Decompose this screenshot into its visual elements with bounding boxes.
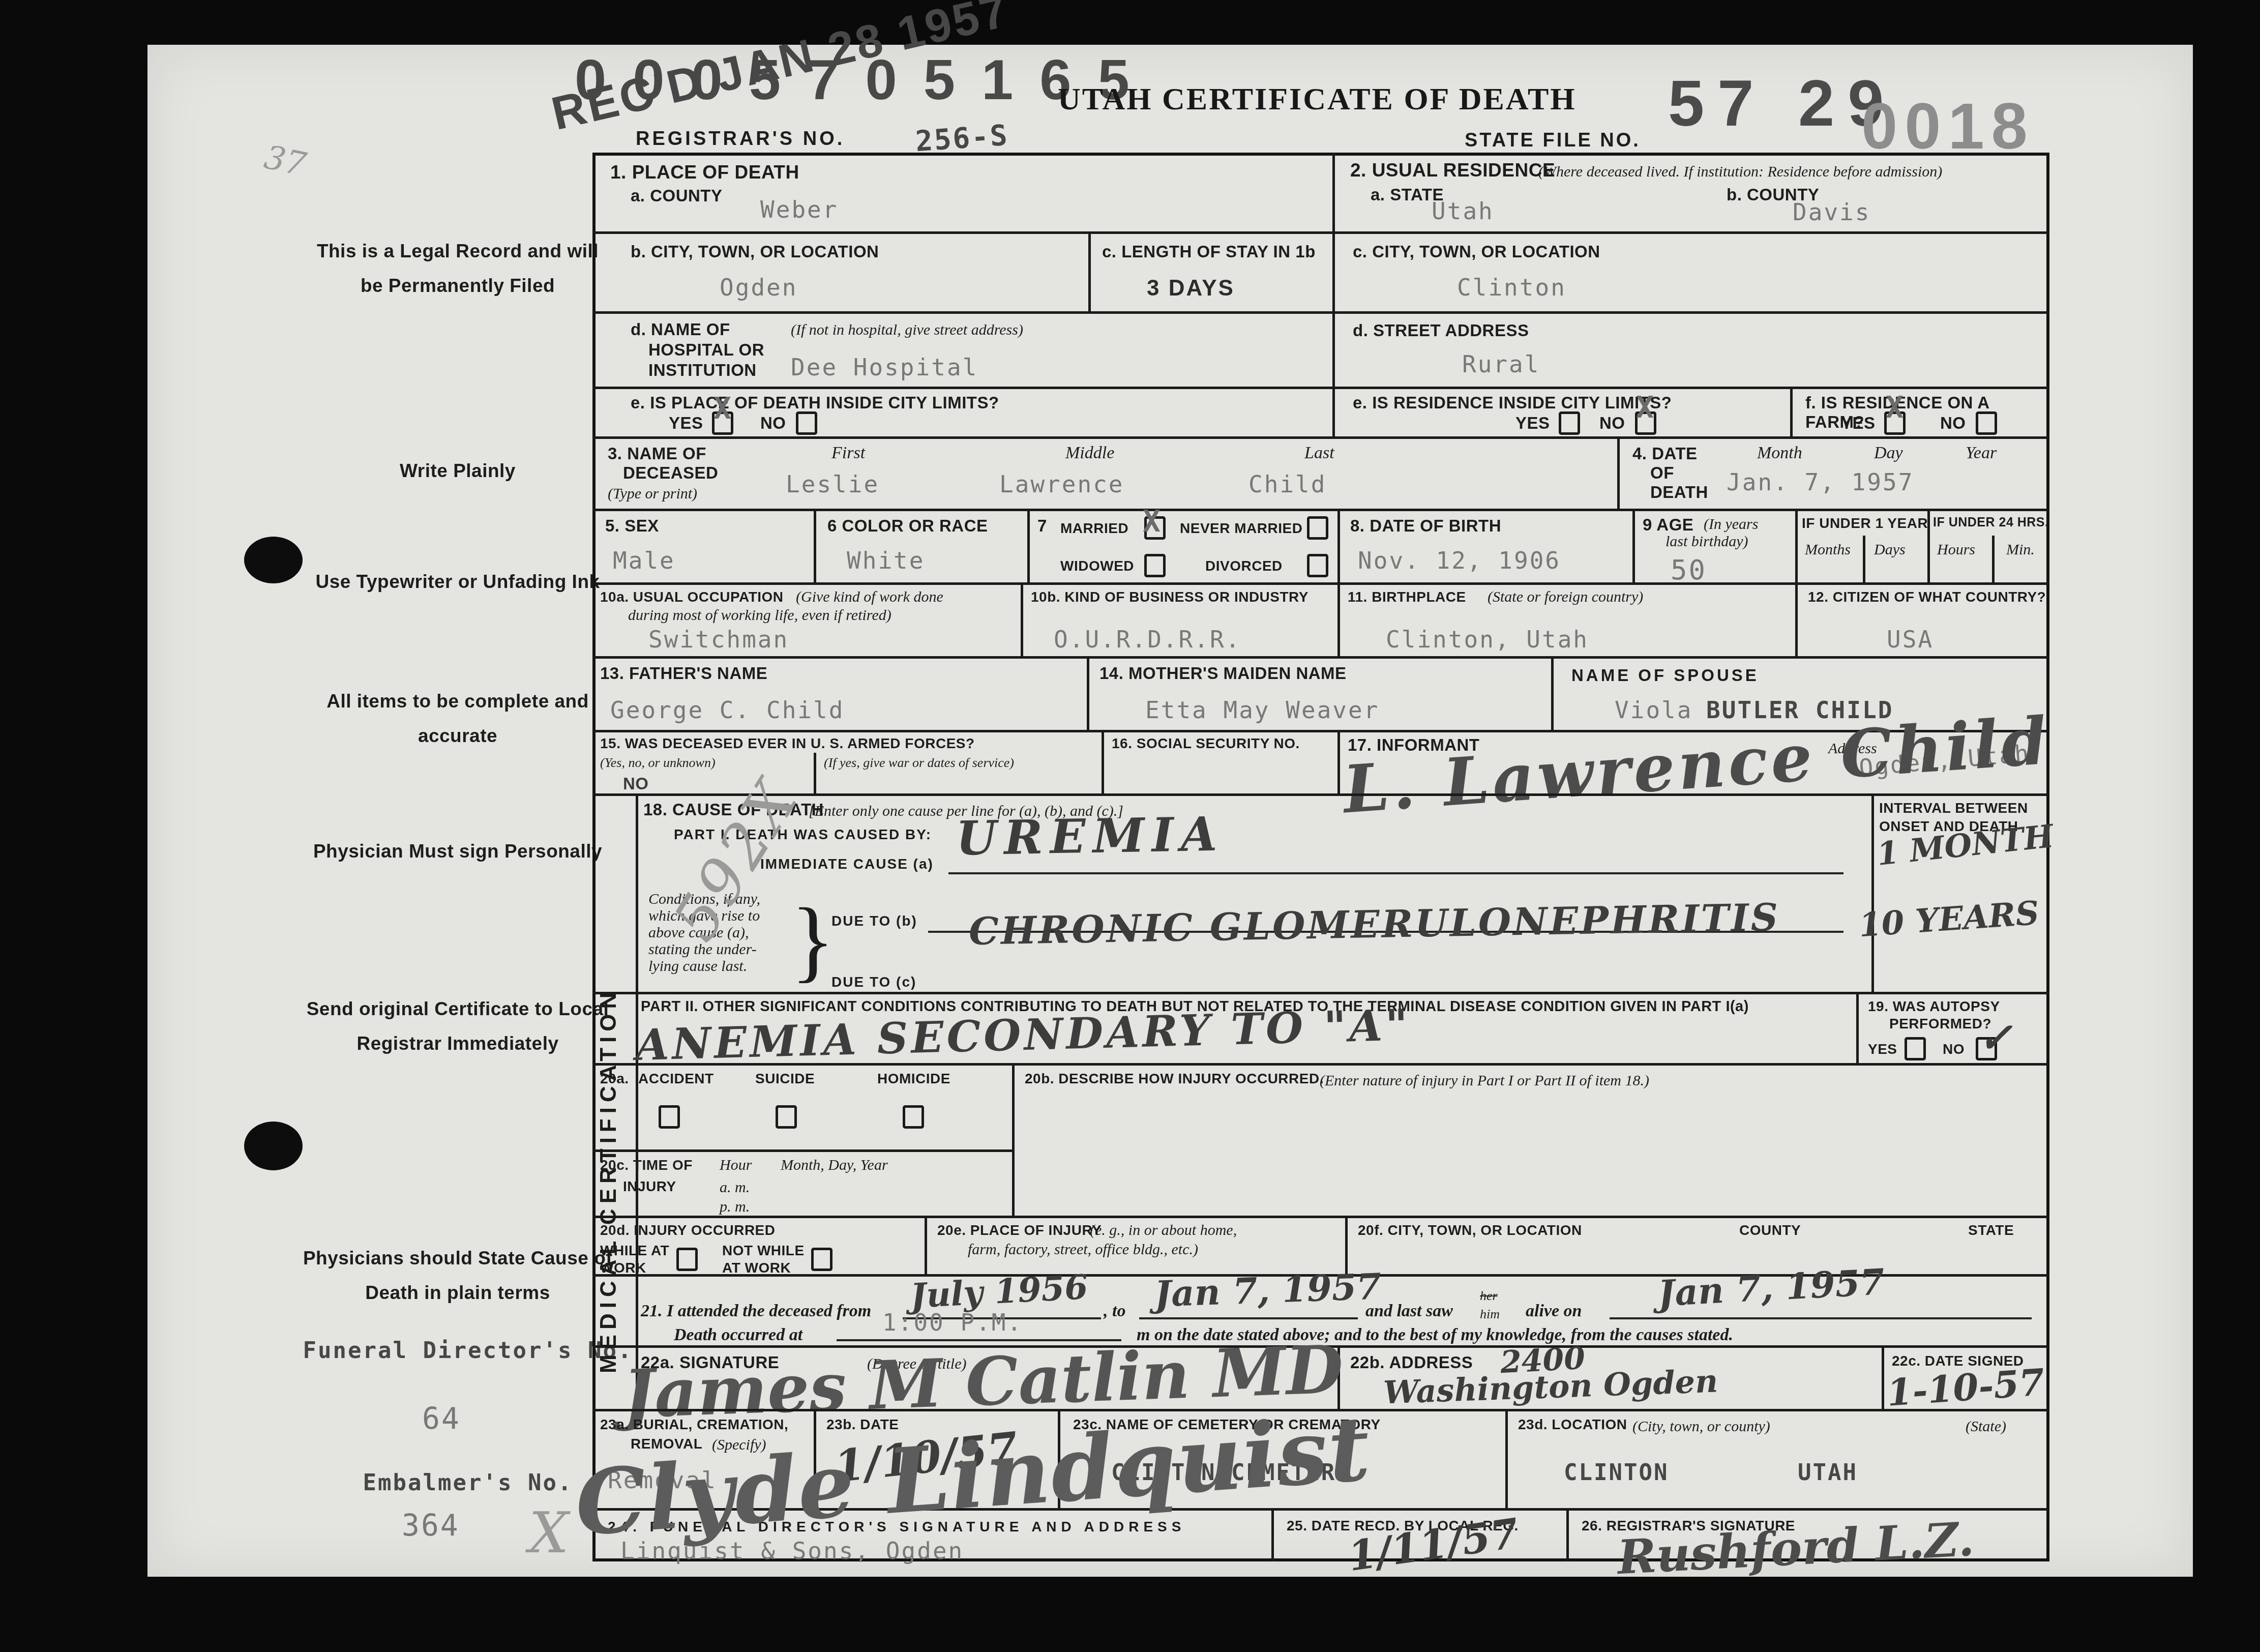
s11-label: 11. BIRTHPLACE bbox=[1348, 589, 1466, 605]
cell-1c: c. LENGTH OF STAY IN 1b 3 DAYS bbox=[1088, 231, 1332, 311]
conditions-brace: } bbox=[791, 888, 835, 993]
s7-never-married-checkbox bbox=[1307, 516, 1328, 540]
s3-hint: (Type or print) bbox=[608, 485, 697, 503]
s9-hint-2: last birthday) bbox=[1666, 533, 1748, 551]
margin-all-items-note: All items to be complete and accurate bbox=[305, 684, 610, 754]
s9-hours-label: Hours bbox=[1937, 541, 1975, 559]
s2f-no-checkbox bbox=[1976, 411, 1997, 435]
s7-widowed-checkbox bbox=[1144, 554, 1166, 577]
s20d-not-label-1: NOT WHILE bbox=[722, 1243, 805, 1259]
s18-due-c-label: DUE TO (c) bbox=[831, 974, 916, 990]
s3-last-label: Last bbox=[1304, 443, 1334, 464]
s20a-accident-label: ACCIDENT bbox=[638, 1071, 714, 1087]
s19-yes-label: YES bbox=[1868, 1041, 1897, 1057]
s20d-not-checkbox bbox=[811, 1248, 832, 1271]
cell-16: 16. SOCIAL SECURITY NO. bbox=[1102, 730, 1337, 793]
cell-13: 13. FATHER'S NAME George C. Child bbox=[592, 656, 1087, 730]
s2f-no-label: NO bbox=[1940, 414, 1966, 433]
cell-3: 3. NAME OF DECEASED (Type or print) Firs… bbox=[592, 436, 1617, 509]
s1b-label: b. CITY, TOWN, OR LOCATION bbox=[631, 242, 879, 261]
s10b-label: 10b. KIND OF BUSINESS OR INDUSTRY bbox=[1031, 589, 1309, 605]
cell-20a: 20a. ACCIDENT SUICIDE HOMICIDE bbox=[592, 1063, 1012, 1149]
cell-2f: f. IS RESIDENCE ON A FARM? YES X NO bbox=[1790, 387, 2049, 436]
s18-immediate-cause-label: IMMEDIATE CAUSE (a) bbox=[760, 856, 934, 872]
margin-use-typewriter-note: Use Typewriter or Unfading Ink bbox=[285, 565, 631, 599]
cell-15: 15. WAS DECEASED EVER IN U. S. ARMED FOR… bbox=[592, 730, 1102, 793]
s10a-hint-2: during most of working life, even if ret… bbox=[628, 606, 891, 625]
s2e-label: e. IS RESIDENCE INSIDE CITY LIMITS? bbox=[1353, 393, 1672, 412]
s3-middle-label: Middle bbox=[1065, 443, 1114, 464]
s2d-label: d. STREET ADDRESS bbox=[1353, 321, 1529, 340]
cell-20f: 20f. CITY, TOWN, OR LOCATION COUNTY STAT… bbox=[1345, 1216, 2049, 1274]
cell-5: 5. SEX Male bbox=[592, 509, 814, 582]
s20c-hour-label: Hour bbox=[720, 1156, 752, 1174]
s1a-value: Weber bbox=[760, 196, 838, 223]
s2c-value: Clinton bbox=[1457, 274, 1566, 301]
s23d-state-value: UTAH bbox=[1798, 1460, 1858, 1486]
s20a-accident-checkbox bbox=[659, 1105, 680, 1129]
cell-7: 7 MARRIED X NEVER MARRIED WIDOWED DIVORC… bbox=[1027, 509, 1337, 582]
s4-label-2: OF bbox=[1650, 463, 1674, 483]
cell-10a: 10a. USUAL OCCUPATION (Give kind of work… bbox=[592, 582, 1021, 656]
cell-20b: 20b. DESCRIBE HOW INJURY OCCURRED. (Ente… bbox=[1012, 1063, 2049, 1216]
s3-title-1: 3. NAME OF bbox=[608, 444, 706, 463]
s2d-value: Rural bbox=[1462, 350, 1540, 378]
s6-label: 6 COLOR OR RACE bbox=[827, 516, 988, 536]
s20c-label-2: INJURY bbox=[623, 1178, 676, 1195]
s2b-value: Davis bbox=[1793, 198, 1870, 226]
state-file-no-label: STATE FILE NO. bbox=[1465, 130, 1641, 152]
s4-label-3: DEATH bbox=[1650, 483, 1708, 502]
s4-label-1: 4. DATE bbox=[1632, 444, 1698, 463]
s1d-value: Dee Hospital bbox=[791, 353, 978, 381]
s20c-mdy-label: Month, Day, Year bbox=[781, 1156, 888, 1174]
s1b-value: Ogden bbox=[720, 274, 797, 301]
s6-value: White bbox=[847, 547, 925, 574]
scanned-death-certificate: 0005705165 REC'D JAN 28 1957 REGISTRAR'S… bbox=[0, 0, 2260, 1652]
s20e-hint-2: farm, factory, street, office bldg., etc… bbox=[968, 1241, 1198, 1259]
s13-value: George C. Child bbox=[610, 696, 844, 724]
s5-label: 5. SEX bbox=[605, 516, 659, 536]
under1-divider bbox=[1863, 536, 1865, 582]
s20f-label: 20f. CITY, TOWN, OR LOCATION bbox=[1358, 1222, 1582, 1238]
s19-label-1: 19. WAS AUTOPSY bbox=[1868, 998, 2000, 1015]
cell-23d: 23d. LOCATION (City, town, or county) (S… bbox=[1505, 1409, 2049, 1508]
cell-2ab: 2. USUAL RESIDENCE (Where deceased lived… bbox=[1332, 153, 2049, 231]
margin-physician-sign-note: Physician Must sign Personally bbox=[305, 834, 610, 869]
s12-label: 12. CITIZEN OF WHAT COUNTRY? bbox=[1808, 589, 2046, 605]
cell-20e: 20e. PLACE OF INJURY (e. g., in or about… bbox=[925, 1216, 1345, 1274]
s1e-label: e. IS PLACE OF DEATH INSIDE CITY LIMITS? bbox=[631, 393, 999, 412]
spouse-label: NAME OF SPOUSE bbox=[1571, 666, 1759, 685]
s23d-city-value: CLINTON bbox=[1564, 1460, 1669, 1486]
s20c-am-label: a. m. bbox=[720, 1178, 750, 1197]
s2e-yes-label: YES bbox=[1515, 414, 1550, 433]
s2a-value: Utah bbox=[1432, 197, 1494, 225]
s20f-state-label: STATE bbox=[1968, 1222, 2014, 1238]
s7-married-mark: X bbox=[1143, 504, 1161, 539]
cell-9: 9 AGE (In years last birthday) 50 bbox=[1632, 509, 1795, 582]
s22b-label: 22b. ADDRESS bbox=[1350, 1353, 1473, 1372]
s20d-while-label-1: WHILE AT bbox=[600, 1243, 669, 1259]
s15-value: NO bbox=[623, 774, 649, 793]
margin-plain-terms-note: Physicians should State Cause of Death i… bbox=[275, 1241, 641, 1311]
s1d-label-3: INSTITUTION bbox=[648, 361, 757, 380]
s15-divider bbox=[814, 753, 816, 796]
s2e-no-label: NO bbox=[1599, 414, 1625, 433]
s9-days-label: Days bbox=[1874, 541, 1906, 559]
s9-under24-label: IF UNDER 24 HRS. bbox=[1933, 515, 2048, 530]
under24-divider bbox=[1992, 536, 1995, 582]
s10a-hint-1: (Give kind of work done bbox=[796, 588, 943, 606]
s10b-value: O.U.R.D.R.R. bbox=[1054, 626, 1241, 653]
registrar-no-label: REGISTRAR'S NO. bbox=[636, 128, 845, 151]
s20a-num: 20a. bbox=[600, 1071, 629, 1087]
s18-due-b-label: DUE TO (b) bbox=[831, 913, 917, 929]
s7-married-label: MARRIED bbox=[1060, 520, 1128, 537]
s2c-label: c. CITY, TOWN, OR LOCATION bbox=[1353, 242, 1600, 261]
pencil-x-mark: X bbox=[529, 1500, 569, 1566]
cell-10b: 10b. KIND OF BUSINESS OR INDUSTRY O.U.R.… bbox=[1021, 582, 1337, 656]
s20b-label: 20b. DESCRIBE HOW INJURY OCCURRED. bbox=[1025, 1071, 1324, 1087]
s5-value: Male bbox=[613, 547, 675, 574]
hole-punch bbox=[244, 1122, 303, 1170]
cause-a-value: UREMIA bbox=[956, 806, 1225, 866]
s21-time-value: 1:00 P.M. bbox=[882, 1309, 1023, 1336]
funeral-director-no-value: 64 bbox=[422, 1401, 461, 1436]
s9-hint-1: (In years bbox=[1704, 515, 1758, 534]
s8-value: Nov. 12, 1906 bbox=[1358, 547, 1561, 574]
s1c-value: 3 DAYS bbox=[1147, 276, 1235, 302]
margin-legal-record-note: This is a Legal Record and will be Perma… bbox=[305, 234, 610, 304]
s20d-label: 20d. INJURY OCCURRED bbox=[600, 1222, 776, 1238]
margin-send-original-note: Send original Certificate to Local Regis… bbox=[305, 992, 610, 1061]
s7-divorced-checkbox bbox=[1307, 554, 1328, 577]
cell-1a: 1. PLACE OF DEATH a. COUNTY Weber bbox=[592, 153, 1332, 231]
s20c-label-1: 20c. TIME OF bbox=[600, 1157, 693, 1173]
s21-text-5: Death occurred at bbox=[674, 1325, 802, 1346]
s2-title: 2. USUAL RESIDENCE bbox=[1350, 160, 1555, 182]
s12-value: USA bbox=[1887, 626, 1934, 653]
s7-never-married-label: NEVER MARRIED bbox=[1180, 520, 1302, 537]
s13-label: 13. FATHER'S NAME bbox=[600, 664, 767, 683]
s4-year-label: Year bbox=[1966, 443, 1997, 464]
s3-first-label: First bbox=[831, 443, 865, 464]
s1d-label-1: d. NAME OF bbox=[631, 320, 730, 339]
s20a-suicide-label: SUICIDE bbox=[755, 1071, 815, 1087]
cell-14: 14. MOTHER'S MAIDEN NAME Etta May Weaver bbox=[1087, 656, 1551, 730]
funeral-director-no-label: Funeral Director's No. bbox=[295, 1338, 641, 1364]
s10a-label: 10a. USUAL OCCUPATION bbox=[600, 589, 784, 605]
s1e-no-checkbox bbox=[796, 411, 817, 435]
s15-hint-1: (Yes, no, or unknown) bbox=[600, 755, 716, 771]
spouse-value-first: Viola bbox=[1615, 696, 1692, 724]
s18-conditions-5: lying cause last. bbox=[648, 957, 747, 976]
margin-write-plainly-note: Write Plainly bbox=[305, 460, 610, 482]
s9-value: 50 bbox=[1671, 554, 1707, 586]
s23a-label-1: 23a. BURIAL, CREMATION, bbox=[600, 1417, 788, 1433]
cell-2e: e. IS RESIDENCE INSIDE CITY LIMITS? YES … bbox=[1332, 387, 1790, 436]
s20a-homicide-checkbox bbox=[903, 1105, 924, 1129]
s11-hint: (State or foreign country) bbox=[1488, 588, 1643, 606]
s20f-county-label: COUNTY bbox=[1739, 1222, 1801, 1238]
cell-8: 8. DATE OF BIRTH Nov. 12, 1906 bbox=[1337, 509, 1632, 582]
s2f-yes-mark: X bbox=[1886, 390, 1904, 425]
s16-label: 16. SOCIAL SECURITY NO. bbox=[1112, 735, 1300, 752]
s2e-no-mark: X bbox=[1636, 390, 1654, 425]
s15-label: 15. WAS DECEASED EVER IN U. S. ARMED FOR… bbox=[600, 735, 975, 752]
s1d-hint: (If not in hospital, give street address… bbox=[791, 321, 1023, 339]
s19-no-label: NO bbox=[1943, 1041, 1965, 1057]
s2-title-hint: (Where deceased lived. If institution: R… bbox=[1538, 163, 1942, 181]
s20a-suicide-checkbox bbox=[776, 1105, 797, 1129]
s9-label: 9 AGE bbox=[1643, 515, 1693, 535]
cell-20c: 20c. TIME OF INJURY Hour Month, Day, Yea… bbox=[592, 1149, 1012, 1216]
s3-first-value: Leslie bbox=[786, 470, 879, 498]
s1d-label-2: HOSPITAL OR bbox=[648, 340, 764, 360]
s11-value: Clinton, Utah bbox=[1386, 626, 1589, 653]
cell-20d: 20d. INJURY OCCURRED WHILE AT WORK NOT W… bbox=[592, 1216, 925, 1274]
cell-11: 11. BIRTHPLACE (State or foreign country… bbox=[1337, 582, 1795, 656]
s7-widowed-label: WIDOWED bbox=[1060, 558, 1134, 574]
s1e-yes-label: YES bbox=[669, 414, 703, 433]
s1e-yes-mark: X bbox=[713, 391, 731, 426]
cell-9-under1yr: IF UNDER 1 YEAR Months Days bbox=[1795, 509, 1927, 582]
cell-9-under24: IF UNDER 24 HRS. Hours Min. bbox=[1927, 509, 2049, 582]
cell-19: 19. WAS AUTOPSY PERFORMED? YES NO ✓ bbox=[1856, 992, 2049, 1063]
s9-min-label: Min. bbox=[2006, 541, 2035, 559]
s4-value: Jan. 7, 1957 bbox=[1727, 468, 1914, 496]
s18-conditions-4: stating the under- bbox=[648, 940, 757, 959]
s1-title: 1. PLACE OF DEATH bbox=[610, 162, 799, 184]
s1a-label: a. COUNTY bbox=[631, 186, 723, 205]
s7-num: 7 bbox=[1037, 516, 1047, 536]
s10a-value: Switchman bbox=[648, 626, 789, 653]
s3-title-2: DECEASED bbox=[623, 463, 718, 483]
s20e-label: 20e. PLACE OF INJURY bbox=[937, 1222, 1102, 1238]
interval-label-1: INTERVAL BETWEEN bbox=[1879, 800, 2028, 816]
cell-12: 12. CITIZEN OF WHAT COUNTRY? USA bbox=[1795, 582, 2049, 656]
cell-2c: c. CITY, TOWN, OR LOCATION Clinton bbox=[1332, 231, 2049, 311]
cell-1b: b. CITY, TOWN, OR LOCATION Ogden bbox=[592, 231, 1088, 311]
s4-month-label: Month bbox=[1757, 443, 1802, 464]
s3-middle-value: Lawrence bbox=[999, 470, 1124, 498]
s8-label: 8. DATE OF BIRTH bbox=[1350, 516, 1501, 536]
s9-months-label: Months bbox=[1805, 541, 1851, 559]
s20e-hint-1: (e. g., in or about home, bbox=[1090, 1221, 1237, 1240]
s23d-state-hint: (State) bbox=[1966, 1418, 2006, 1436]
s23d-hint: (City, town, or county) bbox=[1632, 1418, 1770, 1436]
s2e-yes-checkbox bbox=[1559, 411, 1580, 435]
s9-under1-label: IF UNDER 1 YEAR bbox=[1802, 515, 1928, 532]
s20c-pm-label: p. m. bbox=[720, 1198, 750, 1216]
s19-yes-checkbox bbox=[1905, 1037, 1926, 1060]
s1c-label: c. LENGTH OF STAY IN 1b bbox=[1102, 242, 1316, 261]
s4-day-label: Day bbox=[1874, 443, 1903, 464]
s1e-no-label: NO bbox=[760, 414, 786, 433]
cell-2d: d. STREET ADDRESS Rural bbox=[1332, 311, 2049, 387]
s14-value: Etta May Weaver bbox=[1145, 696, 1379, 724]
s7-divorced-label: DIVORCED bbox=[1205, 558, 1283, 574]
s14-label: 14. MOTHER'S MAIDEN NAME bbox=[1099, 664, 1347, 683]
s20d-while-checkbox bbox=[676, 1248, 698, 1271]
cell-1d: d. NAME OF HOSPITAL OR INSTITUTION (If n… bbox=[592, 311, 1332, 387]
s15-hint-2: (If yes, give war or dates of service) bbox=[824, 755, 1014, 771]
s19-no-checkmark: ✓ bbox=[1978, 1014, 2012, 1061]
s3-last-value: Child bbox=[1248, 470, 1326, 498]
s20a-homicide-label: HOMICIDE bbox=[877, 1071, 950, 1087]
form-title: UTAH CERTIFICATE OF DEATH bbox=[1058, 81, 1577, 117]
cause-c-line bbox=[928, 961, 1843, 994]
s19-label-2: PERFORMED? bbox=[1889, 1016, 1991, 1032]
embalmer-no-value: 364 bbox=[402, 1508, 460, 1543]
cell-4: 4. DATE OF DEATH Month Day Year Jan. 7, … bbox=[1617, 436, 2049, 509]
s23d-label: 23d. LOCATION bbox=[1518, 1417, 1627, 1433]
s2f-yes-label: YES bbox=[1841, 414, 1876, 433]
cell-6: 6 COLOR OR RACE White bbox=[814, 509, 1027, 582]
cell-1e: e. IS PLACE OF DEATH INSIDE CITY LIMITS?… bbox=[592, 387, 1332, 436]
s20b-hint: (Enter nature of injury in Part I or Par… bbox=[1320, 1072, 1649, 1090]
s21-her-option: her bbox=[1480, 1288, 1498, 1304]
